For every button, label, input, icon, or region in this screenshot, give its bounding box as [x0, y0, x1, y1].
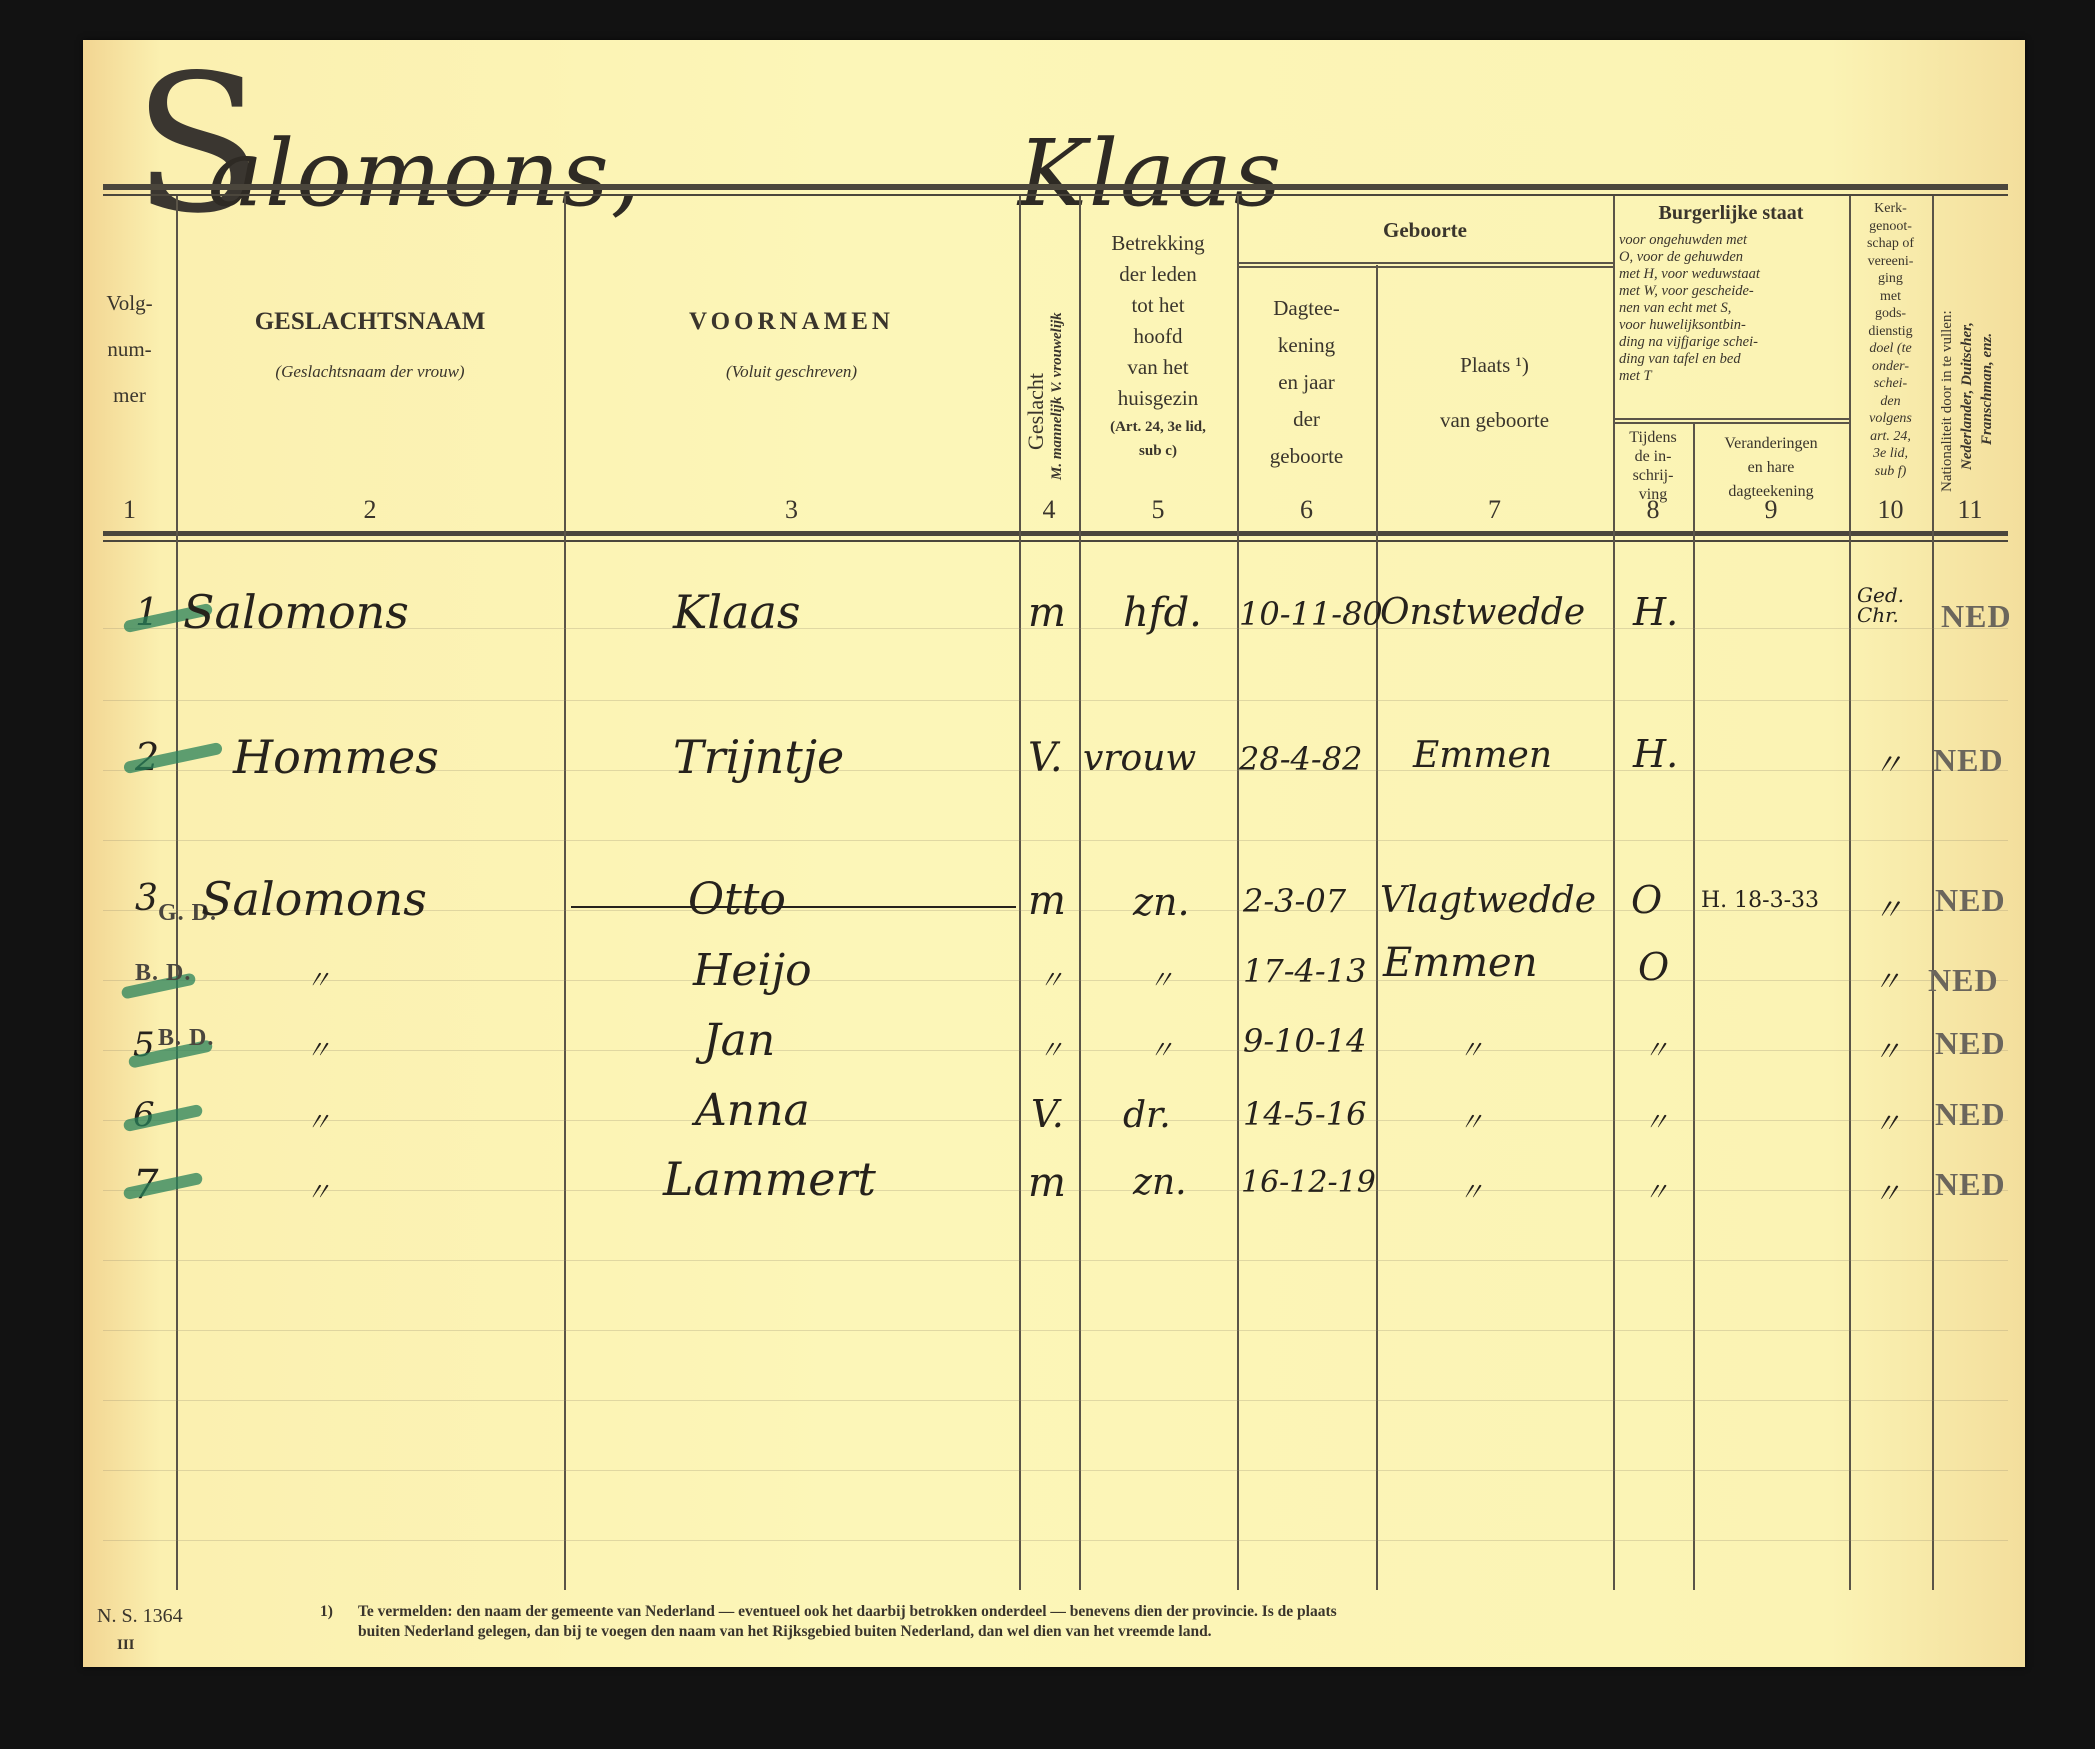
col-number: 11 — [1932, 495, 2008, 525]
cell-plaats: Emmen — [1413, 735, 1552, 776]
cell-veranderingen: H. 18-3-33 — [1701, 888, 1819, 913]
header-rule-top — [103, 184, 2008, 190]
col-divider — [1613, 196, 1615, 1590]
header-rule-bottom-thin — [103, 540, 2008, 542]
col-divider — [564, 196, 566, 1590]
cell-geslachtsnaam: Salomons — [201, 872, 427, 926]
header-geslacht: Geslacht — [1023, 373, 1049, 450]
col-number: 10 — [1849, 495, 1932, 525]
header-voornamen-sub: (Voluit geschreven) — [564, 362, 1019, 382]
cell-voornamen: Heijo — [693, 945, 812, 996]
cell-geslachtsnaam: Salomons — [183, 585, 409, 639]
header-nationaliteit-3: Franschman, enz. — [1979, 333, 1996, 445]
cell-plaats: 〃 — [1458, 1172, 1484, 1209]
form-code: N. S. 1364 — [97, 1605, 183, 1628]
cell-geslacht: 〃 — [1038, 960, 1064, 997]
col-divider — [176, 196, 178, 1590]
nationality-stamp: NED — [1935, 1096, 2006, 1133]
cell-voornamen: Klaas — [673, 585, 801, 639]
cell-plaats: Emmen — [1383, 940, 1538, 986]
cell-plaats: 〃 — [1458, 1030, 1484, 1067]
strikethrough-line — [571, 906, 1016, 908]
cell-marks: B. D. — [158, 1025, 214, 1052]
cell-geslacht: m — [1028, 878, 1066, 924]
cell-betrekking: hfd. — [1123, 590, 1202, 636]
header-plaats-sub: van geboorte — [1376, 408, 1613, 433]
cell-staat: 〃 — [1643, 1172, 1669, 1209]
staat-rule — [1613, 418, 1849, 420]
col-divider — [1693, 422, 1695, 1590]
cell-geslacht: V. — [1031, 1092, 1064, 1136]
header-burgerlijke-staat-desc: voor ongehuwden met O, voor de gehuwden … — [1619, 232, 1845, 385]
cell-geboortedatum: 16-12-19 — [1241, 1165, 1376, 1200]
cell-kerk: 〃 — [1873, 740, 1903, 784]
cell-voornamen: Jan — [703, 1015, 775, 1066]
geboorte-rule — [1237, 262, 1613, 264]
cell-geslachtsnaam: 〃 — [305, 960, 331, 997]
cell-geslacht: V. — [1028, 735, 1063, 781]
registration-card: S alomons, Klaas Volg- num- mer GESLACHT… — [83, 40, 2025, 1667]
header-geslachtsnaam: GESLACHTSNAAM — [176, 308, 564, 336]
cell-geslacht: 〃 — [1038, 1030, 1064, 1067]
cell-voornamen: Anna — [695, 1085, 810, 1136]
staat-rule-2 — [1613, 422, 1849, 424]
nationality-stamp: NED — [1935, 1025, 2006, 1062]
col-divider — [1019, 196, 1021, 1590]
cell-staat: H. — [1633, 732, 1678, 776]
cell-kerk: 〃 — [1873, 1102, 1901, 1142]
col-number: 1 — [83, 495, 176, 525]
header-veranderingen: Veranderingen en hare dagteekening — [1693, 432, 1849, 504]
cell-geslachtsnaam: 〃 — [305, 1030, 331, 1067]
cell-betrekking: 〃 — [1148, 960, 1174, 997]
col-number: 9 — [1693, 495, 1849, 525]
header-nationaliteit-2: Nederlander, Duitscher, — [1959, 322, 1976, 470]
header-volgnummer: Volg- num- mer — [83, 280, 176, 418]
footnote-line1: Te vermelden: den naam der gemeente van … — [358, 1603, 1337, 1621]
cell-geboortedatum: 9-10-14 — [1243, 1022, 1366, 1060]
cell-kerk: 〃 — [1873, 885, 1903, 929]
header-dagteekening: Dagtee- kening en jaar der geboorte — [1237, 290, 1376, 475]
col-number: 4 — [1019, 495, 1079, 525]
cell-geslachtsnaam: Hommes — [233, 730, 439, 784]
cell-staat: O — [1631, 878, 1662, 922]
header-plaats: Plaats ¹) — [1376, 353, 1613, 378]
cell-staat: 〃 — [1643, 1102, 1669, 1139]
cell-geboortedatum: 28-4-82 — [1239, 740, 1362, 778]
cell-voornamen: Otto — [688, 874, 786, 925]
cell-marks: B. D. — [135, 960, 191, 987]
header-burgerlijke-staat: Burgerlijke staat — [1613, 202, 1849, 225]
cell-plaats: Vlagtwedde — [1380, 880, 1596, 921]
cell-kerk: 〃 — [1873, 1030, 1901, 1070]
cell-plaats: 〃 — [1458, 1102, 1484, 1139]
header-nationaliteit: Nationaliteit door in te vullen: — [1939, 310, 1956, 492]
cell-betrekking: zn. — [1133, 1162, 1187, 1203]
cell-geslachtsnaam: 〃 — [305, 1172, 331, 1209]
header-rule-top-thin — [103, 194, 2008, 196]
cell-geboortedatum: 10-11-80 — [1239, 595, 1383, 633]
header-voornamen: VOORNAMEN — [564, 308, 1019, 336]
cell-staat: 〃 — [1643, 1030, 1669, 1067]
cell-betrekking: zn. — [1133, 880, 1190, 924]
title-firstname: Klaas — [1018, 120, 1283, 227]
header-betrekking: Betrekking der leden tot het hoofd van h… — [1079, 228, 1237, 462]
nationality-stamp: NED — [1935, 882, 2006, 919]
col-number: 5 — [1079, 495, 1237, 525]
nationality-stamp: NED — [1935, 1166, 2006, 1203]
nationality-stamp: NED — [1928, 962, 1999, 999]
footnote-marker: 1) — [320, 1603, 333, 1621]
header-tijdens-inschrijving: Tijdens de in- schrij- ving — [1613, 428, 1693, 504]
form-series: III — [117, 1637, 135, 1654]
cell-kerk: 〃 — [1873, 960, 1901, 1000]
cell-geslachtsnaam: 〃 — [305, 1102, 331, 1139]
cell-betrekking: vrouw — [1083, 738, 1196, 779]
header-rule-bottom — [103, 531, 2008, 536]
col-number: 3 — [564, 495, 1019, 525]
nationality-stamp: NED — [1933, 742, 2004, 779]
col-divider — [1376, 265, 1378, 1590]
geboorte-rule-2 — [1237, 266, 1613, 268]
cell-geslacht: m — [1028, 1160, 1066, 1206]
header-geslacht-sub: M. mannelijk V. vrouwelijk — [1049, 312, 1066, 480]
cell-geboortedatum: 2-3-07 — [1243, 882, 1346, 920]
header-geboorte: Geboorte — [1237, 218, 1613, 243]
cell-plaats: Onstwedde — [1380, 592, 1585, 633]
cell-kerk: Ged. Chr. — [1857, 585, 1917, 625]
header-geslachtsnaam-sub: (Geslachtsnaam der vrouw) — [176, 362, 564, 382]
cell-geboortedatum: 17-4-13 — [1243, 952, 1366, 990]
cell-betrekking: 〃 — [1148, 1030, 1174, 1067]
cell-voornamen: Lammert — [663, 1152, 876, 1206]
col-number: 8 — [1613, 495, 1693, 525]
header-kerkgenootschap: Kerk- genoot- schap of vereeni- ging met… — [1849, 200, 1932, 480]
col-number: 7 — [1376, 495, 1613, 525]
cell-geboortedatum: 14-5-16 — [1243, 1095, 1366, 1133]
cell-betrekking: dr. — [1123, 1095, 1171, 1136]
col-number: 6 — [1237, 495, 1376, 525]
nationality-stamp: NED — [1941, 598, 2012, 635]
cell-staat: H. — [1633, 590, 1678, 634]
col-divider — [1932, 196, 1934, 1590]
cell-kerk: 〃 — [1873, 1172, 1901, 1212]
col-number: 2 — [176, 495, 564, 525]
cell-geslacht: m — [1028, 590, 1066, 636]
cell-voornamen: Trijntje — [673, 730, 844, 784]
title-surname: alomons, — [208, 120, 642, 227]
footnote-line2: buiten Nederland gelegen, dan bij te voe… — [358, 1623, 1212, 1641]
cell-staat: O — [1638, 945, 1669, 989]
